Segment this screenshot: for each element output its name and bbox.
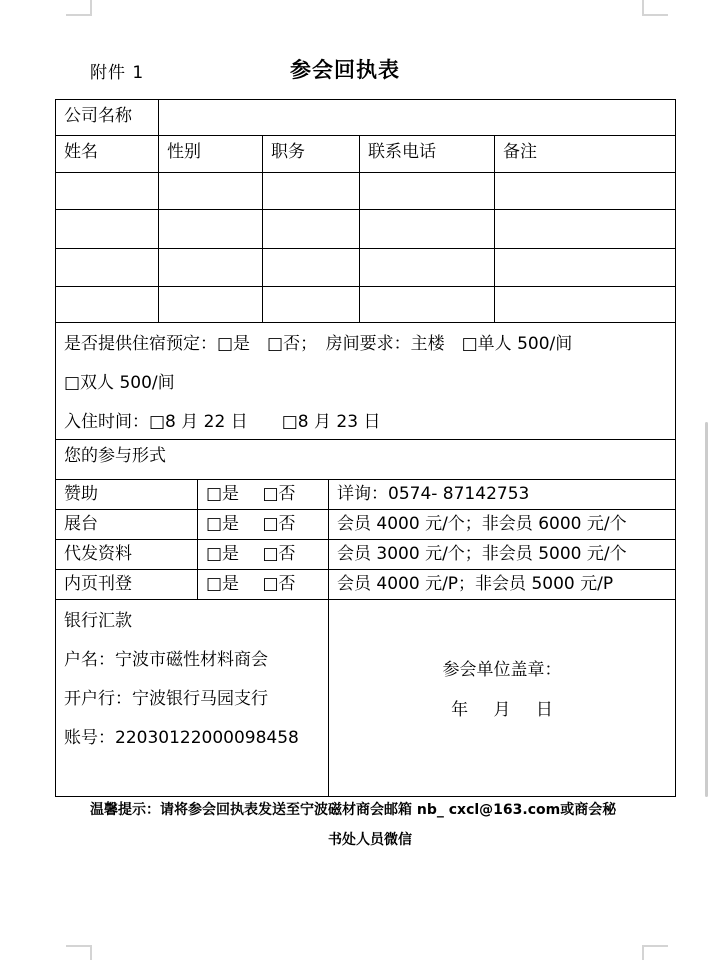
- gender-field[interactable]: [159, 249, 263, 286]
- option-name: 展台: [56, 510, 198, 539]
- position-field[interactable]: [263, 249, 360, 286]
- option-detail: 会员 3000 元/个；非会员 5000 元/个: [329, 540, 675, 569]
- option-row-inner-page-ad: 内页刊登 □是 □否 会员 4000 元/P；非会员 5000 元/P: [56, 570, 675, 600]
- remarks-field[interactable]: [495, 173, 675, 209]
- participation-label: 您的参与形式: [56, 440, 675, 479]
- option-detail: 详询：0574- 87142753: [329, 480, 675, 509]
- company-row: 公司名称: [56, 100, 675, 136]
- reminder-line-2: 书处人员微信: [90, 825, 650, 855]
- year-label: 年: [451, 690, 468, 730]
- name-field[interactable]: [56, 249, 159, 286]
- gender-field[interactable]: [159, 210, 263, 248]
- name-field[interactable]: [56, 210, 159, 248]
- bank-and-seal-row: 银行汇款 户名：宁波市磁性材料商会 开户行：宁波银行马园支行 账号：220301…: [56, 600, 675, 796]
- option-row-sponsor: 赞助 □是 □否 详询：0574- 87142753: [56, 480, 675, 510]
- bank-transfer-title: 银行汇款: [64, 602, 320, 641]
- yes-checkbox[interactable]: □是: [206, 544, 239, 564]
- col-remarks: 备注: [495, 136, 675, 172]
- attendee-row: [56, 249, 675, 287]
- col-position: 职务: [263, 136, 360, 172]
- option-row-booth: 展台 □是 □否 会员 4000 元/个；非会员 6000 元/个: [56, 510, 675, 540]
- phone-field[interactable]: [360, 210, 495, 248]
- reminder-notice: 温馨提示：请将参会回执表发送至宁波磁材商会邮箱 nb_ cxcl@163.com…: [90, 795, 650, 855]
- account-number: 账号：22030122000098458: [64, 719, 320, 758]
- option-choice: □是 □否: [198, 540, 329, 569]
- attendee-row: [56, 287, 675, 323]
- seal-date: 年 月 日: [441, 690, 563, 730]
- option-choice: □是 □否: [198, 480, 329, 509]
- page-title: 参会回执表: [290, 54, 400, 84]
- check-in-date-line[interactable]: 入住时间：□8 月 22 日 □8 月 23 日: [64, 403, 667, 442]
- seal-label: 参会单位盖章：: [443, 650, 562, 690]
- lodging-double-room-line[interactable]: □双人 500/间: [64, 364, 667, 403]
- page-corner-mark-top-right: [642, 0, 668, 16]
- col-phone: 联系电话: [360, 136, 495, 172]
- lodging-booking-line[interactable]: 是否提供住宿预定：□是 □否； 房间要求：主楼 □单人 500/间: [64, 325, 667, 364]
- option-choice: □是 □否: [198, 510, 329, 539]
- seal-area[interactable]: 参会单位盖章： 年 月 日: [329, 600, 675, 796]
- remarks-field[interactable]: [495, 287, 675, 322]
- lodging-section: 是否提供住宿预定：□是 □否； 房间要求：主楼 □单人 500/间 □双人 50…: [56, 323, 675, 440]
- gender-field[interactable]: [159, 173, 263, 209]
- name-field[interactable]: [56, 287, 159, 322]
- name-field[interactable]: [56, 173, 159, 209]
- option-row-materials: 代发资料 □是 □否 会员 3000 元/个；非会员 5000 元/个: [56, 540, 675, 570]
- option-detail: 会员 4000 元/个；非会员 6000 元/个: [329, 510, 675, 539]
- option-name: 赞助: [56, 480, 198, 509]
- position-field[interactable]: [263, 173, 360, 209]
- position-field[interactable]: [263, 210, 360, 248]
- col-gender: 性别: [159, 136, 263, 172]
- option-detail: 会员 4000 元/P；非会员 5000 元/P: [329, 570, 675, 599]
- gender-field[interactable]: [159, 287, 263, 322]
- page-corner-mark-bottom-right: [642, 945, 668, 960]
- no-checkbox[interactable]: □否: [262, 544, 295, 564]
- attendee-header-row: 姓名 性别 职务 联系电话 备注: [56, 136, 675, 173]
- yes-checkbox[interactable]: □是: [206, 484, 239, 504]
- phone-field[interactable]: [360, 249, 495, 286]
- bank-branch: 开户行：宁波银行马园支行: [64, 680, 320, 719]
- page-corner-mark-bottom-left: [66, 945, 92, 960]
- participation-header-row: 您的参与形式: [56, 440, 675, 480]
- attendee-row: [56, 173, 675, 210]
- option-name: 内页刊登: [56, 570, 198, 599]
- col-name: 姓名: [56, 136, 159, 172]
- option-name: 代发资料: [56, 540, 198, 569]
- day-label: 日: [536, 690, 553, 730]
- account-name: 户名：宁波市磁性材料商会: [64, 641, 320, 680]
- vertical-scrollbar[interactable]: [705, 422, 708, 797]
- no-checkbox[interactable]: □否: [262, 514, 295, 534]
- remarks-field[interactable]: [495, 249, 675, 286]
- phone-field[interactable]: [360, 287, 495, 322]
- phone-field[interactable]: [360, 173, 495, 209]
- company-field[interactable]: [159, 100, 675, 135]
- option-choice: □是 □否: [198, 570, 329, 599]
- bank-transfer-info: 银行汇款 户名：宁波市磁性材料商会 开户行：宁波银行马园支行 账号：220301…: [56, 600, 329, 796]
- page-corner-mark-top-left: [66, 0, 92, 16]
- position-field[interactable]: [263, 287, 360, 322]
- registration-form-table: 公司名称 姓名 性别 职务 联系电话 备注 是否提供住宿预定：□是: [55, 99, 676, 797]
- yes-checkbox[interactable]: □是: [206, 514, 239, 534]
- company-label: 公司名称: [56, 100, 159, 135]
- no-checkbox[interactable]: □否: [262, 484, 295, 504]
- reminder-line-1: 温馨提示：请将参会回执表发送至宁波磁材商会邮箱 nb_ cxcl@163.com…: [90, 802, 616, 818]
- attachment-label: 附件 1: [90, 58, 144, 83]
- month-label: 月: [494, 690, 511, 730]
- no-checkbox[interactable]: □否: [262, 574, 295, 594]
- attendee-row: [56, 210, 675, 249]
- yes-checkbox[interactable]: □是: [206, 574, 239, 594]
- remarks-field[interactable]: [495, 210, 675, 248]
